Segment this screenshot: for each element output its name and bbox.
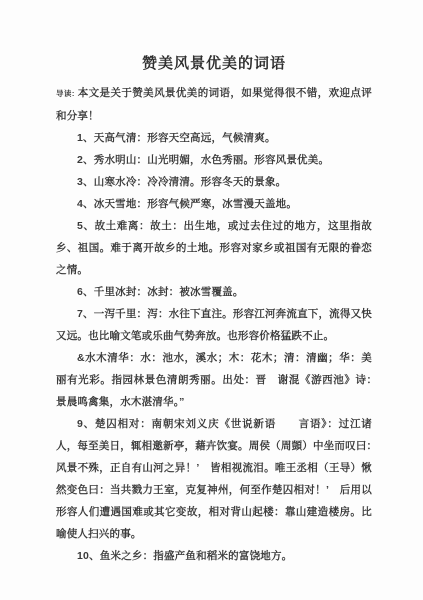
list-item-10: 10、鱼米之乡：指盛产鱼和稻米的富饶地方。	[56, 545, 372, 567]
list-item-2: 2、秀水明山：山光明媚，水色秀丽。形容风景优美。	[56, 149, 372, 171]
list-item-6: 6、千里冰封：冰封：被冰雪覆盖。	[56, 281, 372, 303]
intro-text: 本文是关于赞美风景优美的词语，如果觉得很不错，欢迎点评和分享！	[56, 87, 372, 122]
list-item-9: 9、楚囚相对：南朝宋刘义庆《世说新语 言语》：过江诸人，每至美日，辄相邀新亭，藉…	[56, 413, 372, 545]
list-item-3: 3、山寒水冷：冷冷清清。形容冬天的景象。	[56, 171, 372, 193]
intro-label: 导读:	[56, 89, 75, 98]
document-page: 赞美风景优美的词语 导读:本文是关于赞美风景优美的词语，如果觉得很不错，欢迎点评…	[0, 0, 423, 600]
list-item-4: 4、冰天雪地：形容气候严寒，冰雪漫天盖地。	[56, 193, 372, 215]
list-item-5: 5、故土难离：故土：出生地，或过去住过的地方，这里指故乡、祖国。难于离开故乡的土…	[56, 215, 372, 281]
list-item-1: 1、天高气清：形容天空高远，气候清爽。	[56, 127, 372, 149]
list-item-7: 7、一泻千里：泻：水往下直注。形容江河奔流直下，流得又快又远。也比喻文笔或乐曲气…	[56, 303, 372, 347]
list-item-8: &水木清华：水：池水，溪水；木：花木；清：清幽；华：美丽有光彩。指园林景色清朗秀…	[56, 347, 372, 413]
intro-paragraph: 导读:本文是关于赞美风景优美的词语，如果觉得很不错，欢迎点评和分享！	[56, 82, 372, 127]
document-title: 赞美风景优美的词语	[56, 52, 372, 76]
